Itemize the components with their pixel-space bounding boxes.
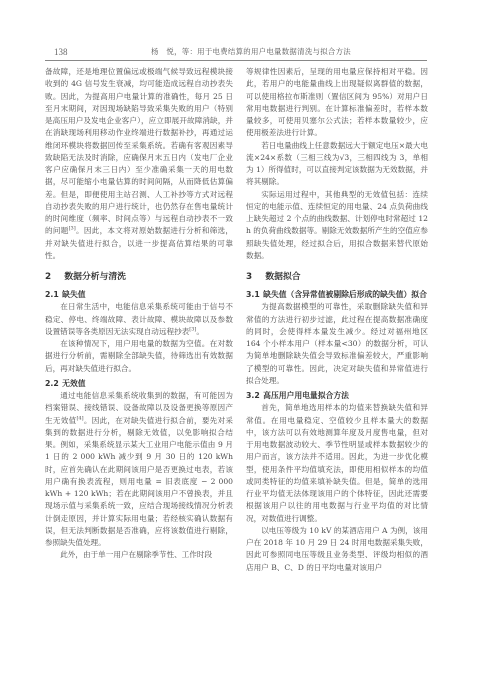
right-column: 等规律性因素后，呈现的用电量应保持相对平稳。因此，若用户的电能量曲线上出现疑似离… <box>246 66 428 574</box>
subsection-heading-3-2: 3.2高压用户用电量拟合方法 <box>246 390 428 402</box>
paragraph: 实际运用过程中，其他典型的无效值包括：连续恒定的电能示值、连续恒定的用电量、24… <box>246 189 428 263</box>
paragraph: 备故障，还是地理位置偏远或极端气候导致远程模块接收到的 4G 信号发生衰减，均可… <box>45 66 233 262</box>
running-header: 138 杨 悦，等：用于电费结算的用户电量数据清洗与拟合方法 <box>45 47 427 59</box>
paragraph: 为提高数据模型的可靠性，采取删除缺失值和异常值的方法进行初步过滤，此过程在提高数… <box>246 301 428 387</box>
subsection-heading-2-2: 2.2无效值 <box>45 378 233 390</box>
subsection-heading-2-1: 2.1缺失值 <box>45 289 233 301</box>
section-heading-3: 3数据拟合 <box>246 270 428 284</box>
subsection-heading-3-1: 3.1缺失值（含异常值被剔除后形成的缺失值）拟合 <box>246 289 428 301</box>
header-rule <box>45 60 427 61</box>
running-title: 杨 悦，等：用于电费结算的用户电量数据清洗与拟合方法 <box>151 47 351 57</box>
citation[interactable]: [4] <box>76 415 83 421</box>
paragraph: 在该种情况下，用户用电量的数据为空值。在对数据进行分析前，需剔除全部缺失值，待筛… <box>45 338 233 375</box>
paragraph: 等规律性因素后，呈现的用电量应保持相对平稳。因此，若用户的电能量曲线上出现疑似离… <box>246 66 428 140</box>
paragraph: 首先，简单地选用样本的均值来替换缺失值和异常值。在用电量稳定、空值较少且样本量大… <box>246 402 428 525</box>
paragraph: 此外，由于单一用户在剔除季节性、工作时段 <box>45 549 233 561</box>
paragraph: 在日常生活中，电能信息采集系统可能由于信号不稳定、停电、终端故障、表计故障、模块… <box>45 301 233 338</box>
citation[interactable]: [3] <box>69 226 76 232</box>
left-column: 备故障，还是地理位置偏远或极端气候导致远程模块接收到的 4G 信号发生衰减，均可… <box>45 66 233 562</box>
section-heading-2: 2数据分析与清洗 <box>45 270 233 284</box>
paragraph: 通过电能信息采集系统收集到的数据，有可能因为档案错误、接线错误、设备故障以及设备… <box>45 390 233 549</box>
page-number: 138 <box>54 47 68 57</box>
paragraph: 以电压等级为 10 kV 的某酒店用户 A 为例，该用户在 2018 年 10 … <box>246 525 428 574</box>
paragraph: 若日电量曲线上任意数据远大于额定电压×最大电流×24×系数（三相三线为√3，三相… <box>246 140 428 189</box>
